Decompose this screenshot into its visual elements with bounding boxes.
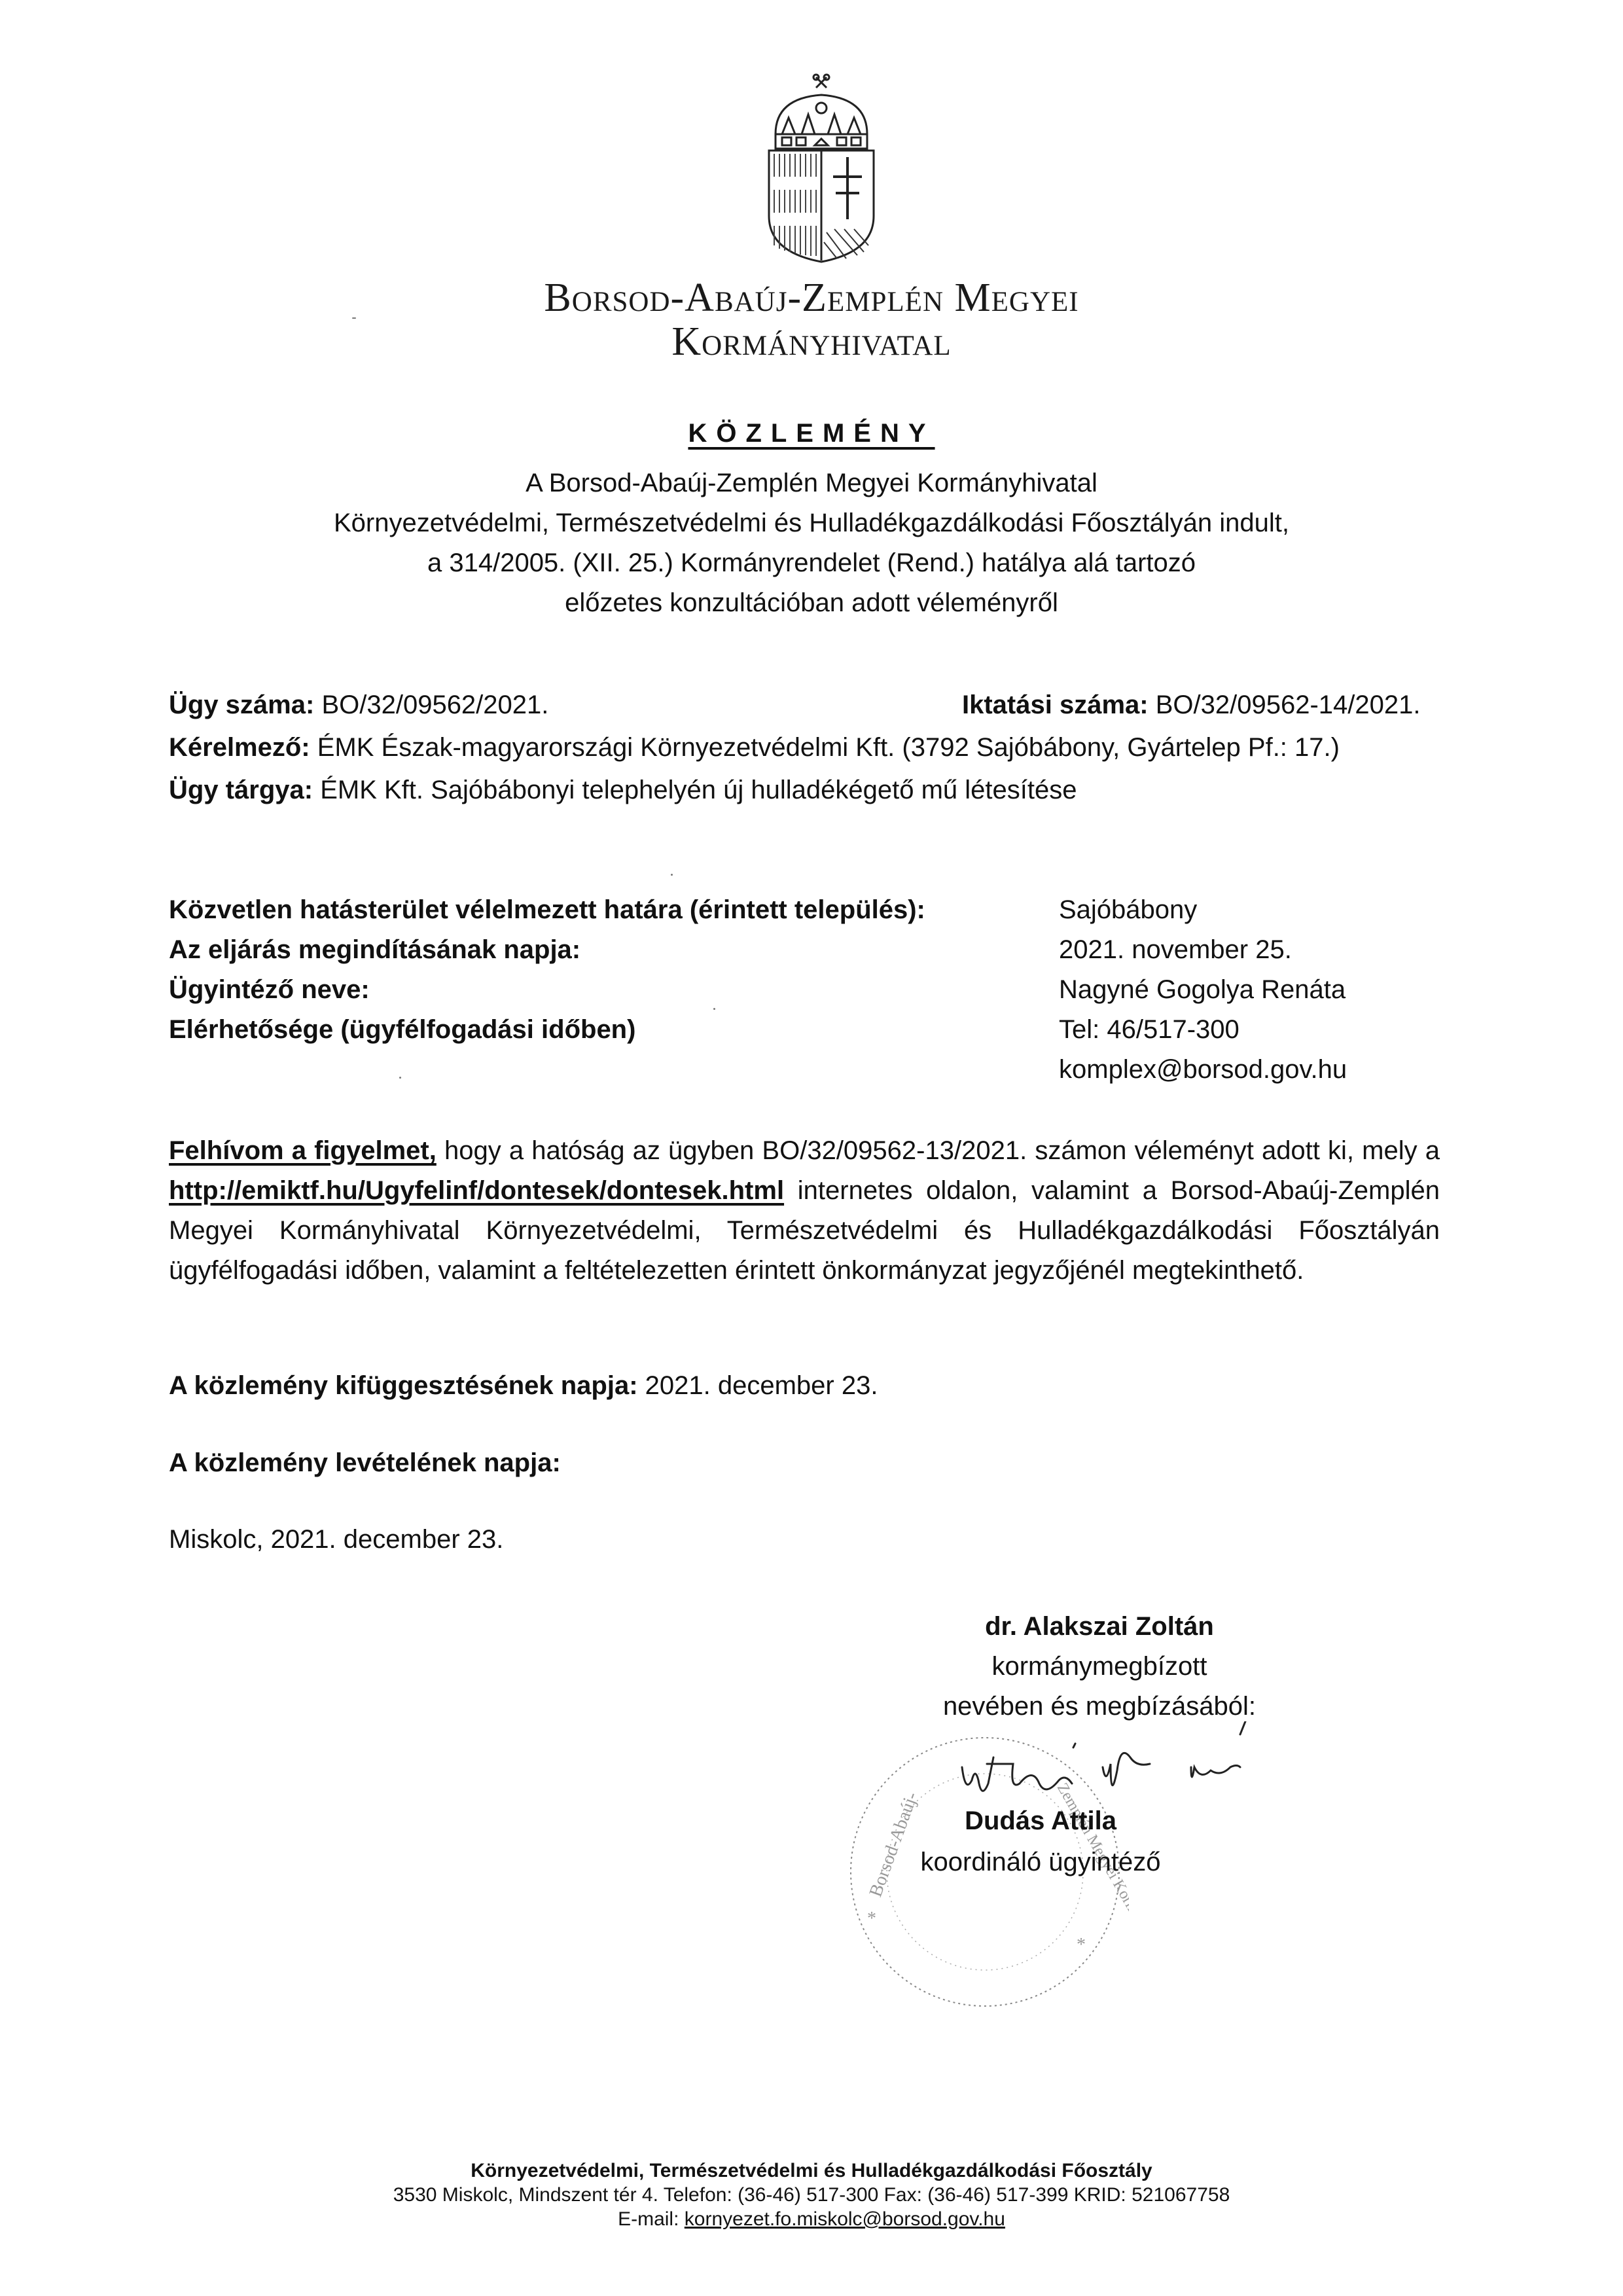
- scan-speck: [671, 874, 673, 876]
- footer-email-label: E-mail:: [618, 2208, 685, 2230]
- signer-title: koordináló ügyintéző: [870, 1848, 1211, 1877]
- attention-text: Felhívom a figyelmet,: [169, 1136, 437, 1165]
- signer-name: Dudás Attila: [870, 1806, 1211, 1836]
- org-line1-text: Borsod-Abaúj-Zemplén Megyei: [544, 276, 1079, 320]
- filing-number-value: BO/32/09562-14/2021.: [1156, 691, 1421, 719]
- removal-date-label: A közlemény levételének napja:: [169, 1448, 561, 1478]
- filing-number-row: Iktatási száma: BO/32/09562-14/2021.: [962, 691, 1420, 720]
- applicant-label: Kérelmező:: [169, 733, 310, 762]
- footer-email-row: E-mail: kornyezet.fo.miskolc@borsod.gov.…: [0, 2207, 1623, 2231]
- case-number-row: Ügy száma: BO/32/09562/2021.: [169, 691, 548, 720]
- scan-speck: [352, 317, 356, 319]
- applicant-row: Kérelmező: ÉMK Észak-magyarországi Körny…: [169, 733, 1340, 762]
- detail-value: Nagyné Gogolya Renáta: [1059, 970, 1347, 1010]
- on-behalf-text: nevében és megbízásából:: [838, 1692, 1361, 1721]
- svg-text:*: *: [867, 1909, 876, 1929]
- subtitle-line: A Borsod-Abaúj-Zemplén Megyei Kormányhiv…: [0, 463, 1623, 503]
- filing-number-label: Iktatási száma:: [962, 691, 1149, 719]
- detail-value: Sajóbábony: [1059, 890, 1347, 930]
- footer: Környezetvédelmi, Természetvédelmi és Hu…: [0, 2159, 1623, 2231]
- detail-label: Elérhetősége (ügyfélfogadási időben): [169, 1010, 925, 1050]
- notice-title-text: KÖZLEMÉNY: [688, 419, 935, 448]
- organization-name-line1: Borsod-Abaúj-Zemplén Megyei: [0, 275, 1623, 321]
- signatory-name: dr. Alakszai Zoltán: [838, 1612, 1361, 1641]
- decisions-link[interactable]: http://emiktf.hu/Ugyfelinf/dontesek/dont…: [169, 1176, 784, 1205]
- footer-department: Környezetvédelmi, Természetvédelmi és Hu…: [0, 2159, 1623, 2183]
- case-number-label: Ügy száma:: [169, 691, 314, 719]
- case-number-value: BO/32/09562/2021.: [321, 691, 548, 719]
- notice-subtitle: A Borsod-Abaúj-Zemplén Megyei Kormányhiv…: [0, 463, 1623, 623]
- subtitle-line: a 314/2005. (XII. 25.) Kormányrendelet (…: [0, 543, 1623, 583]
- signatory-title: kormánymegbízott: [838, 1652, 1361, 1681]
- detail-value: 2021. november 25.: [1059, 930, 1347, 970]
- scan-speck: [399, 1077, 401, 1079]
- svg-text:*: *: [1077, 1935, 1086, 1955]
- footer-email-link[interactable]: kornyezet.fo.miskolc@borsod.gov.hu: [685, 2208, 1005, 2230]
- footer-address: 3530 Miskolc, Mindszent tér 4. Telefon: …: [0, 2183, 1623, 2207]
- details-values: Sajóbábony 2021. november 25. Nagyné Gog…: [1059, 890, 1347, 1090]
- publication-date-value: 2021. december 23.: [638, 1371, 878, 1400]
- details-labels: Közvetlen hatásterület vélelmezett határ…: [169, 890, 925, 1050]
- detail-value: Tel: 46/517-300: [1059, 1010, 1347, 1050]
- subject-value: ÉMK Kft. Sajóbábonyi telephelyén új hull…: [320, 776, 1077, 804]
- applicant-value: ÉMK Észak-magyarországi Környezetvédelmi…: [317, 733, 1340, 762]
- coat-of-arms-icon: [756, 72, 887, 268]
- notice-title: KÖZLEMÉNY: [0, 419, 1623, 448]
- subject-row: Ügy tárgya: ÉMK Kft. Sajóbábonyi telephe…: [169, 776, 1077, 805]
- detail-label: Ügyintéző neve:: [169, 970, 925, 1010]
- subtitle-line: előzetes konzultációban adott véleményrő…: [0, 583, 1623, 623]
- organization-name-line2: Kormányhivatal: [0, 319, 1623, 365]
- subtitle-line: Környezetvédelmi, Természetvédelmi és Hu…: [0, 503, 1623, 543]
- place-and-date: Miskolc, 2021. december 23.: [169, 1525, 503, 1554]
- detail-label: Közvetlen hatásterület vélelmezett határ…: [169, 890, 925, 930]
- detail-label: Az eljárás megindításának napja:: [169, 930, 925, 970]
- paragraph-text-1: hogy a hatóság az ügyben BO/32/09562-13/…: [437, 1136, 1440, 1165]
- scan-speck: [713, 1008, 715, 1010]
- notice-paragraph: Felhívom a figyelmet, hogy a hatóság az …: [169, 1131, 1440, 1291]
- publication-date-label: A közlemény kifüggesztésének napja:: [169, 1371, 638, 1400]
- org-line2-text: Kormányhivatal: [671, 319, 951, 364]
- detail-value-email: komplex@borsod.gov.hu: [1059, 1050, 1347, 1090]
- subject-label: Ügy tárgya:: [169, 776, 313, 804]
- publication-date-row: A közlemény kifüggesztésének napja: 2021…: [169, 1371, 878, 1401]
